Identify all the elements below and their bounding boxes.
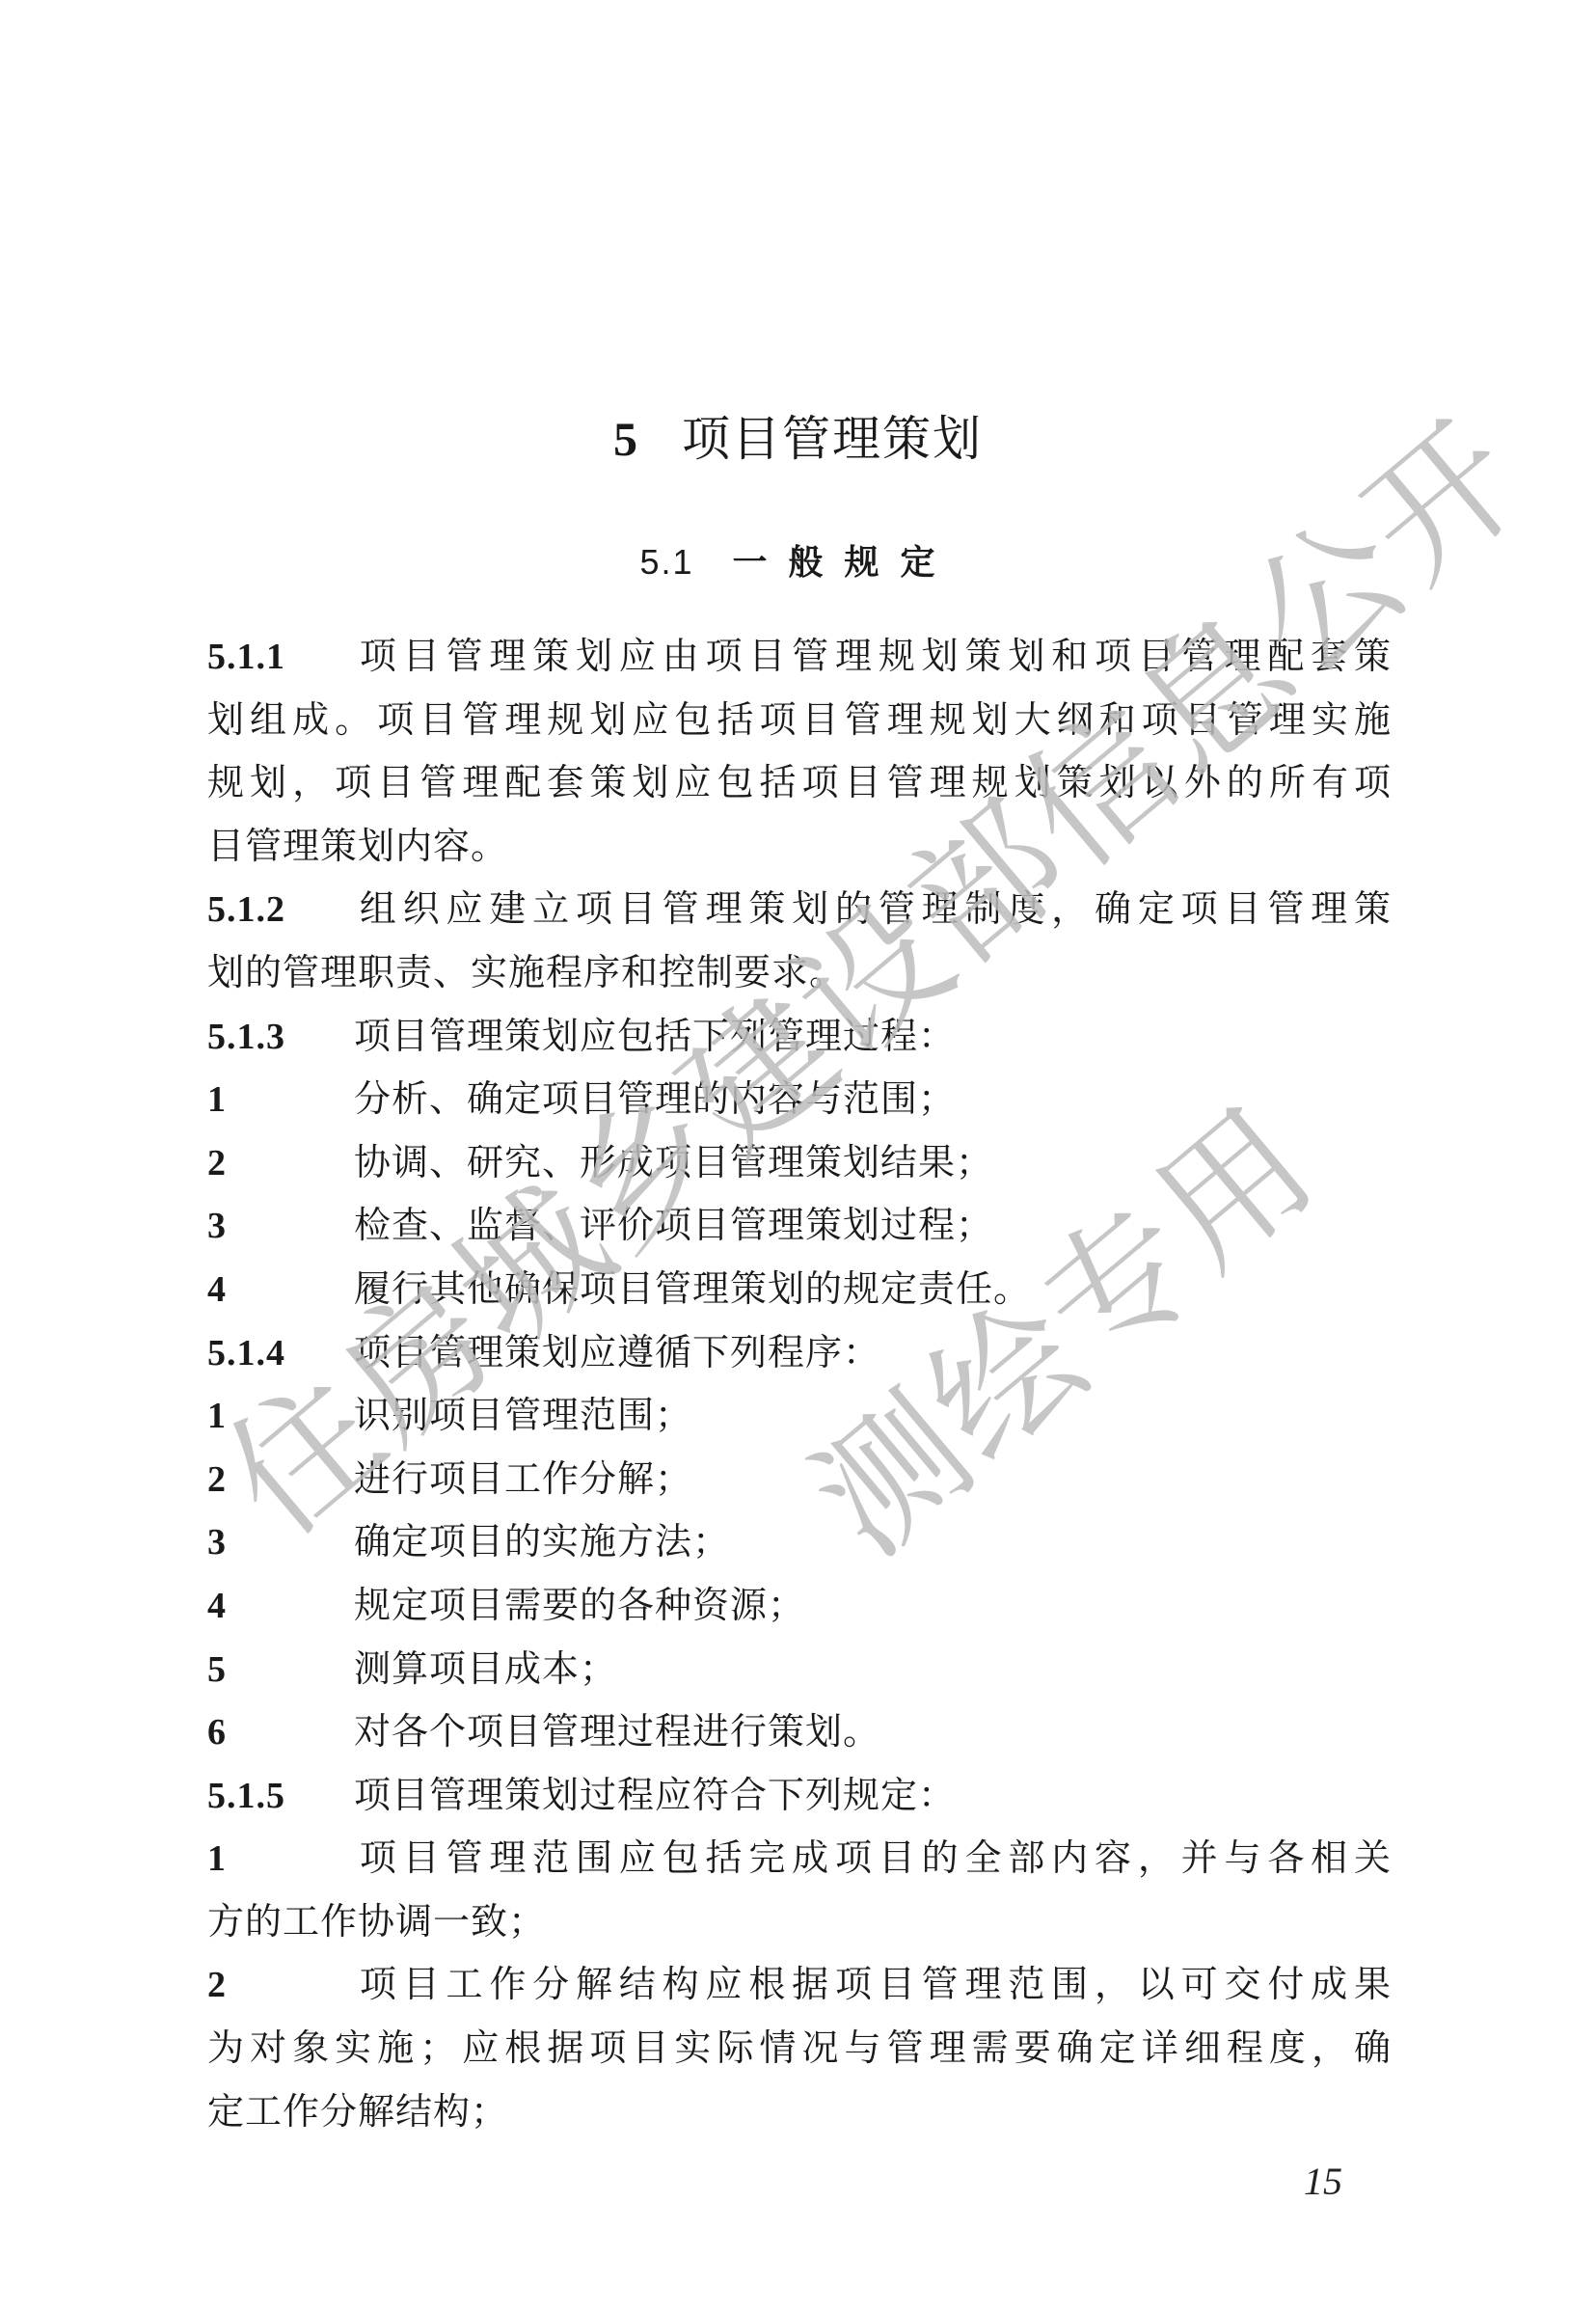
clause-number: 5.1.5 <box>207 1765 354 1829</box>
item-number: 1 <box>207 1828 354 1891</box>
list-item: 3检查、监督、评价项目管理策划过程； <box>207 1194 1392 1258</box>
document-page: 5项目管理策划 5.1一般规定 5.1.1项目管理策划应由项目管理规划策划和项目… <box>0 0 1596 2311</box>
line-text: 分析、确定项目管理的内容与范围； <box>354 1077 956 1120</box>
clause-number: 5.1.2 <box>207 879 354 942</box>
list-item: 2协调、研究、形成项目管理策划结果； <box>207 1131 1392 1195</box>
text-line: 规划，项目管理配套策划应包括项目管理规划策划以外的所有项 <box>207 751 1392 815</box>
line-text: 划的管理职责、实施程序和控制要求。 <box>207 951 847 993</box>
text-line: 划组成。项目管理规划应包括项目管理规划大纲和项目管理实施 <box>207 689 1392 752</box>
item-number: 5 <box>207 1639 354 1702</box>
text-line: 划的管理职责、实施程序和控制要求。 <box>207 941 1392 1005</box>
line-text: 项目管理策划应包括下列管理过程： <box>354 1015 956 1057</box>
section-number: 5.1 <box>639 542 693 582</box>
text-line: 为对象实施；应根据项目实际情况与管理需要确定详细程度，确 <box>207 2017 1392 2080</box>
text-line: 5.1.3项目管理策划应包括下列管理过程： <box>207 1005 1392 1069</box>
item-number: 6 <box>207 1701 354 1765</box>
list-item: 4履行其他确保项目管理策划的规定责任。 <box>207 1258 1392 1321</box>
clause-number: 5.1.1 <box>207 626 354 690</box>
line-text: 履行其他确保项目管理策划的规定责任。 <box>354 1267 1031 1310</box>
section-title: 5.1一般规定 <box>0 535 1596 585</box>
clause-number: 5.1.3 <box>207 1006 354 1070</box>
list-item: 4规定项目需要的各种资源； <box>207 1574 1392 1638</box>
list-item: 1分析、确定项目管理的内容与范围； <box>207 1068 1392 1131</box>
line-text: 规划，项目管理配套策划应包括项目管理规划策划以外的所有项 <box>207 761 1392 803</box>
line-text: 识别项目管理范围； <box>354 1394 692 1436</box>
line-text: 对各个项目管理过程进行策划。 <box>354 1710 880 1753</box>
list-item: 2进行项目工作分解； <box>207 1448 1392 1511</box>
item-number: 4 <box>207 1575 354 1639</box>
line-text: 目管理策划内容。 <box>207 825 508 867</box>
line-text: 项目管理策划应遵循下列程序： <box>354 1331 880 1373</box>
section-title-text: 一般规定 <box>733 543 957 583</box>
chapter-number: 5 <box>613 412 639 466</box>
line-text: 项目管理策划过程应符合下列规定： <box>354 1774 956 1816</box>
list-item: 6对各个项目管理过程进行策划。 <box>207 1700 1392 1764</box>
item-number: 1 <box>207 1385 354 1449</box>
list-item: 1识别项目管理范围； <box>207 1384 1392 1448</box>
chapter-title: 5项目管理策划 <box>0 400 1596 470</box>
text-line: 方的工作协调一致； <box>207 1890 1392 1954</box>
list-item: 5测算项目成本； <box>207 1638 1392 1701</box>
line-text: 为对象实施；应根据项目实际情况与管理需要确定详细程度，确 <box>207 2026 1392 2069</box>
line-text: 组织应建立项目管理策划的管理制度，确定项目管理策 <box>354 887 1392 930</box>
line-text: 规定项目需要的各种资源； <box>354 1584 805 1626</box>
text-line: 5.1.1项目管理策划应由项目管理规划策划和项目管理配套策 <box>207 625 1392 689</box>
text-line: 5.1.2组织应建立项目管理策划的管理制度，确定项目管理策 <box>207 878 1392 941</box>
text-line: 目管理策划内容。 <box>207 815 1392 879</box>
body-text: 5.1.1项目管理策划应由项目管理规划策划和项目管理配套策 划组成。项目管理规划… <box>207 625 1392 2143</box>
line-text: 项目管理范围应包括完成项目的全部内容，并与各相关 <box>354 1836 1392 1879</box>
line-text: 项目工作分解结构应根据项目管理范围，以可交付成果 <box>354 1963 1392 2005</box>
line-text: 方的工作协调一致； <box>207 1900 546 1943</box>
item-number: 2 <box>207 1449 354 1512</box>
page-number: 15 <box>1304 2159 1342 2204</box>
item-number: 2 <box>207 1132 354 1196</box>
item-number: 3 <box>207 1195 354 1259</box>
text-line: 5.1.5项目管理策划过程应符合下列规定： <box>207 1764 1392 1828</box>
item-number: 1 <box>207 1069 354 1132</box>
text-line: 定工作分解结构； <box>207 2080 1392 2144</box>
list-item: 3确定项目的实施方法； <box>207 1510 1392 1574</box>
line-text: 进行项目工作分解； <box>354 1457 692 1500</box>
line-text: 划组成。项目管理规划应包括项目管理规划大纲和项目管理实施 <box>207 698 1392 741</box>
item-number: 2 <box>207 1954 354 2018</box>
list-item: 1项目管理范围应包括完成项目的全部内容，并与各相关 <box>207 1827 1392 1890</box>
line-text: 确定项目的实施方法； <box>354 1520 730 1563</box>
line-text: 协调、研究、形成项目管理策划结果； <box>354 1141 993 1183</box>
list-item: 2项目工作分解结构应根据项目管理范围，以可交付成果 <box>207 1953 1392 2017</box>
item-number: 3 <box>207 1511 354 1575</box>
text-line: 5.1.4项目管理策划应遵循下列程序： <box>207 1321 1392 1385</box>
line-text: 定工作分解结构； <box>207 2090 508 2133</box>
chapter-title-text: 项目管理策划 <box>682 411 983 467</box>
item-number: 4 <box>207 1259 354 1322</box>
line-text: 检查、监督、评价项目管理策划过程； <box>354 1204 993 1246</box>
line-text: 测算项目成本； <box>354 1647 617 1690</box>
clause-number: 5.1.4 <box>207 1322 354 1386</box>
line-text: 项目管理策划应由项目管理规划策划和项目管理配套策 <box>354 635 1392 677</box>
